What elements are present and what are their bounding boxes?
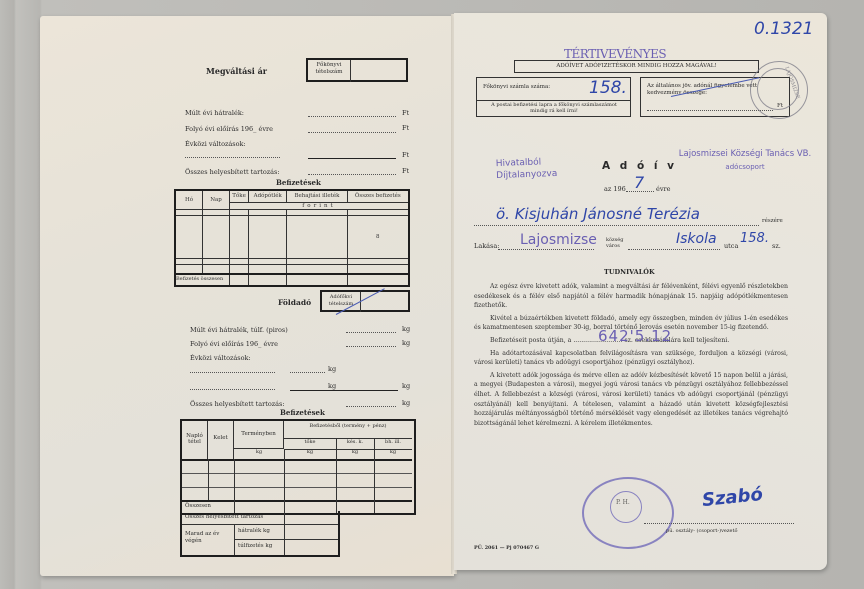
col-ho: Hó (175, 190, 203, 209)
year-value: 7 (634, 173, 644, 192)
adofokonyv-label: Adófőkvi tételszám (322, 292, 361, 312)
ref-number: 0.1321 (754, 19, 813, 39)
kozseg-varos: község város (606, 237, 626, 249)
hivatalbol-line2: Díjtalanyozva (496, 168, 557, 182)
fokonyv-label: Főkönyvi tételszám (308, 60, 351, 82)
tanacs-line2: adócsoport (660, 161, 830, 174)
tanacs-line1: Lajosmizsei Községi Tanács VB. (660, 148, 830, 161)
unit-kg: kg (336, 449, 375, 459)
address-street: Iskola (676, 231, 717, 247)
paragraph-4: Ha adótartozásával kapcsolatban felvilág… (474, 349, 788, 368)
foldado-title: Földadó (278, 298, 311, 307)
address-city: Lajosmizse (520, 232, 597, 248)
helyesbitett-label: Összes helyesbített tartozás (185, 514, 263, 520)
tertiveveny-stamp: TÉRTIVEVÉNYES (564, 47, 666, 61)
year-suffix: évre (656, 185, 670, 193)
fokonyvi-szamla-label: Főkönyvi számla száma: (483, 84, 550, 90)
col-adopotlek: Adópótlék (249, 190, 287, 202)
hivatalbol-stamp: Hivatalból Díjtalanyozva (496, 156, 558, 182)
ph-label: P. H. (616, 499, 630, 506)
col-naplo: Napló tétel (182, 421, 208, 459)
unit-kg: kg (402, 399, 410, 407)
mult-evi-label: Múlt évi hátralék: (185, 109, 244, 117)
hatralek-label: hátralék kg (238, 528, 270, 534)
utca-label: utca (724, 242, 738, 250)
befizetesek2-table: Napló tétel Kelet Terményben kg Befizeté… (180, 419, 416, 515)
signature: Szabó (701, 484, 764, 511)
col-behajtasi: Behajtási illeték (287, 190, 347, 202)
fokonyvi-szamla-value: 158. (589, 78, 627, 98)
sz-label: sz. (772, 242, 781, 250)
unit-kg: kg (328, 365, 336, 373)
unit-ft: Ft (402, 124, 409, 132)
tudnivalok-title: TUDNIVALÓK (604, 268, 655, 276)
unit-ft: Ft (402, 109, 409, 117)
year-prefix: az 196 (604, 185, 626, 193)
unit-kg: kg (234, 449, 285, 459)
account-stamp: 642'5.12 (598, 327, 672, 345)
recipient-name: ö. Kisjuhán Jánosné Terézia (496, 205, 700, 223)
tudnivalok-text: Az egész évre kivetett adók, valamint a … (474, 282, 788, 431)
foldado-folyo-evi: Folyó évi előírás 196_ évre (190, 340, 278, 348)
col-toke: Tőke (230, 190, 249, 202)
foldado-mult-evi: Múlt évi hátralék, túlf. (piros) (190, 326, 288, 334)
megvaltasi-title: Megváltási ár (206, 66, 267, 76)
befizetesek-table: Hó Nap Tőke Adópótlék Behajtási illeték … (174, 189, 410, 287)
foldado-osszes: Összes helyesbített tartozás: (190, 400, 285, 408)
marad-label: Marad az év végén (185, 531, 231, 545)
banner: ADÓÍVET ADÓFIZETÉSKOR MINDIG HOZZA MAGÁV… (514, 60, 759, 73)
osszesen-label: Összesen (185, 503, 211, 509)
befizetesek-title: Befizetések (276, 178, 321, 187)
address-number: 158. (740, 231, 769, 246)
footer-code: PÜ. 2061 — Pj 070467 G (474, 545, 539, 551)
tanacs-stamp: Lajosmizsei Községi Tanács VB. adócsopor… (660, 148, 830, 174)
foldado-evkozi: Évközi változások: (190, 354, 251, 362)
unit-kg: kg (328, 382, 336, 390)
address-label: Lakása: (474, 242, 499, 250)
postmark-stamp: LAJOSMIZSE (750, 61, 808, 119)
right-page: 0.1321 TÉRTIVEVÉNYES ADÓÍVET ADÓFIZETÉSK… (454, 13, 827, 570)
fokonyvi-szamla-note: A postai befizetési lapra a főkönyvi szá… (483, 102, 625, 114)
summary-block: Összes helyesbített tartozás Marad az év… (180, 511, 340, 557)
unit-kg: kg (402, 325, 410, 333)
left-page: Megváltási ár Főkönyvi tételszám Múlt év… (40, 16, 454, 576)
evkozi-label: Évközi változások: (185, 140, 246, 148)
fokonyv-box: Főkönyvi tételszám (306, 58, 408, 82)
col-nap: Nap (203, 190, 230, 209)
paragraph-5: A kivetett adók jogossága és mérve ellen… (474, 371, 788, 429)
recipient-suffix: részére (762, 218, 783, 224)
befizetesek2-title: Befizetések (280, 408, 325, 417)
col-termenyben: Terményben (234, 421, 284, 449)
adofokonyv-box: Adófőkvi tételszám (320, 290, 410, 312)
col-kelet: Kelet (208, 421, 234, 459)
unit-ft: Ft (402, 151, 409, 159)
ph-stamp: P. H. (582, 477, 674, 549)
forint-label: forint (230, 202, 410, 209)
osszes-label: Összes helyesbített tartozás: (185, 168, 280, 176)
befizetes-osszesen: Befizetés összesen (175, 274, 230, 286)
unit-kg: kg (374, 449, 412, 459)
unit-kg: kg (402, 382, 410, 390)
tulfizetes-label: túlfizetés kg (238, 543, 272, 549)
paragraph-1: Az egész évre kivetett adók, valamint a … (474, 282, 788, 311)
unit-ft: Ft (402, 167, 409, 175)
signature-label: pü. osztály- (csoport-)vezető (666, 528, 737, 534)
cell-mark: 8 (347, 215, 409, 258)
unit-kg: kg (284, 449, 337, 459)
folyo-evi-label: Folyó évi előírás 196_ évre (185, 125, 273, 133)
col-befizetesbol: Befizetésből (termény + pénz) (284, 421, 412, 439)
col-osszes: Összes befizetés (347, 190, 409, 202)
fokonyvi-szamla-box: Főkönyvi számla száma: 158. A postai bef… (476, 77, 631, 117)
unit-kg: kg (402, 339, 410, 347)
